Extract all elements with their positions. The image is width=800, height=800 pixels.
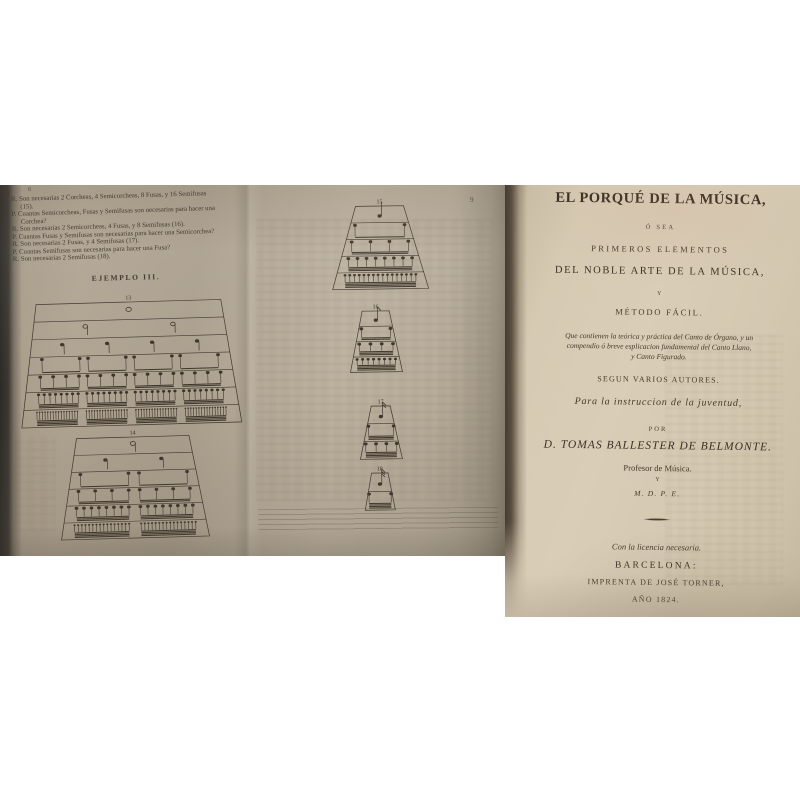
por-label: POR [524,424,792,434]
author-name: D. TOMAS BALLESTER DE BELMONTE. [524,438,792,453]
title-page-text: EL PORQUÉ DE LA MÚSICA, Ó SEA PRIMEROS E… [522,185,795,617]
imprint-printer: IMPRENTA DE JOSÉ TORNER, [522,576,790,588]
qa-line: R. Son necesarias 2 Corcheas, 4 Semicorc… [11,189,253,204]
segun-varios-autores: SEGUN VARIOS AUTORES. [525,373,793,385]
conjunction-y-2: Y [523,475,791,484]
svg-text:17: 17 [378,399,384,405]
dedication-line: Para la instruccion de la juventud, [524,395,792,409]
qa-line: P. Cuantas Fusas y Semifusas son necesar… [12,227,254,242]
fore-edge-shade [459,185,505,556]
ink-bleedthrough-title-page [665,335,783,585]
svg-text:14: 14 [130,430,136,436]
svg-text:13: 13 [125,295,131,301]
printer-ornament-rule [639,518,675,521]
subtitle-noble-arte: DEL NOBLE ARTE DE LA MÚSICA, [526,264,794,278]
page-gutter-shadow [234,185,262,556]
open-book-spread-photo: 8 R. Son necesarias 2 Corcheas, 4 Semico… [0,185,505,556]
qa-line: R. Son necesarias 2 Fusas, y 4 Semifusas… [12,234,254,249]
empty-staff-lines [258,507,498,531]
author-title: Profesor de Música. [523,461,791,474]
note-pyramid-15: 15 [331,196,428,289]
qa-line: (15). [11,196,253,211]
imprint-year: AÑO 1824. [522,593,790,605]
qa-line: P. Cuantas Semifusas son necesarias para… [13,242,255,257]
svg-text:15: 15 [376,199,382,205]
description-line-3: y Canto Figurado. [525,350,793,362]
book-board-edge [0,185,22,556]
conjunction-y: Y [526,289,794,298]
book-photo-composite: 8 R. Son necesarias 2 Corcheas, 4 Semico… [0,0,800,800]
ink-bleedthrough-left-page [14,435,56,531]
note-pyramid-17: 17 [360,397,403,460]
qa-line: P. Cuantas Semicorcheas, Fusas y Semifus… [11,204,253,219]
subtitle-primeros: PRIMEROS ELEMENTOS [526,242,794,255]
title-page-photo: EL PORQUÉ DE LA MÚSICA, Ó SEA PRIMEROS E… [505,185,800,617]
page-number-right: 9 [470,196,474,204]
svg-text:18: 18 [377,466,383,472]
description-line-1: Que contienen la teórica y práctica del … [525,330,793,342]
subtitle-metodo-facil: MÉTODO FÁCIL. [525,305,793,318]
title-page-gutter-edge-shadow [505,185,527,617]
note-pyramid-14: 14 [58,426,209,540]
qa-line: R. Son necesarias 2 Semifusas (18). [13,249,255,264]
book-title: EL PORQUÉ DE LA MÚSICA, [527,189,795,209]
note-pyramid-16: 16 [350,302,403,373]
qa-line: Corchea? [12,211,254,226]
svg-text:16: 16 [373,304,379,310]
imprint-city: BARCELONA: [522,559,790,572]
license-line: Con la licencia necesaria. [523,540,791,553]
note-pyramid-13: 13 [18,290,242,428]
author-initials: M. D. P. E. [523,487,791,499]
ink-bleedthrough-middle-page [256,219,494,501]
subtitle-o-sea: Ó SEA [526,222,794,232]
page-number-left: 8 [28,187,31,193]
qa-line: R. Son necesarias 2 Semicorcheas, 4 Fusa… [12,219,254,234]
note-pyramid-18: 18 [365,464,396,510]
ejemplo-heading: EJEMPLO III. [0,270,252,286]
qa-text-block: R. Son necesarias 2 Corcheas, 4 Semicorc… [11,189,255,264]
description-line-2: compendio ó breve esplicacion fundamenta… [525,340,793,352]
